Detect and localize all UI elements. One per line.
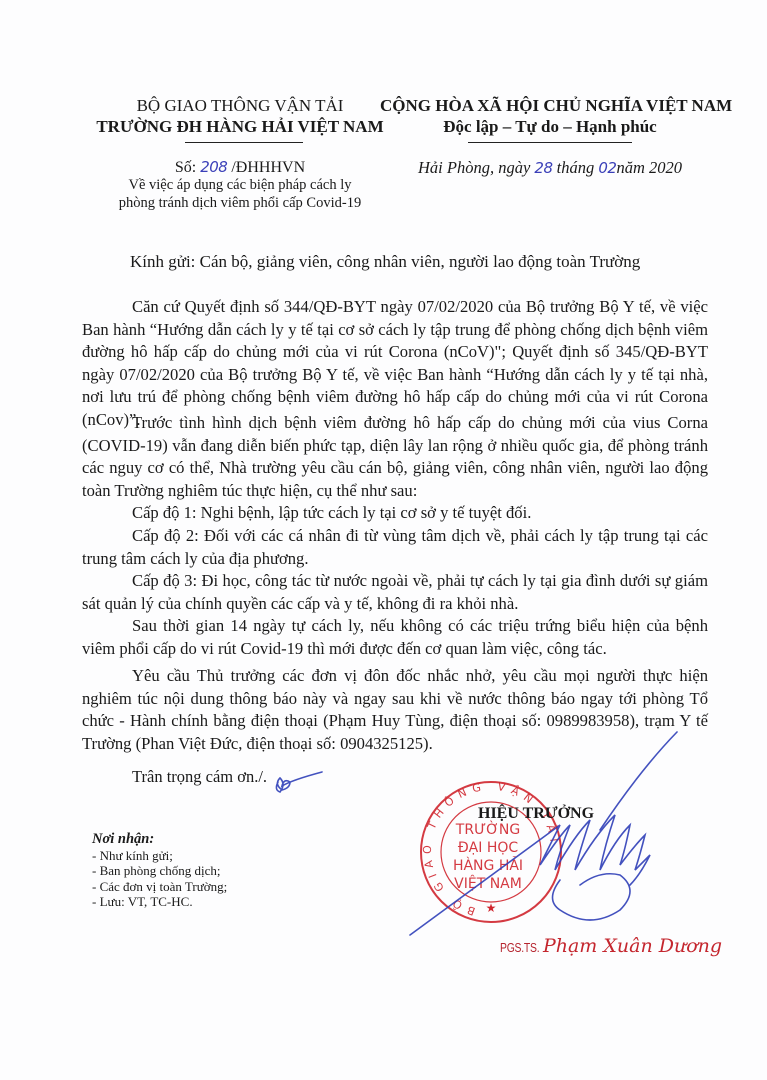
ministry-name: BỘ GIAO THÔNG VẬN TẢI: [95, 95, 385, 116]
document-subject: Về việc áp dụng các biện pháp cách ly ph…: [95, 176, 385, 212]
recipient-item: - Ban phòng chống dịch;: [92, 863, 227, 879]
handwritten-number: 208: [200, 158, 227, 176]
handwritten-day: 28: [534, 159, 552, 177]
measures-section: Trước tình hình dịch bệnh viêm đường hô …: [82, 412, 708, 661]
document-number: Số: 208 /ĐHHHVN: [95, 158, 385, 177]
issuer-underline: [185, 142, 303, 143]
svg-text:ĐẠI HỌC: ĐẠI HỌC: [458, 840, 519, 856]
svg-text:HÀNG HẢI: HÀNG HẢI: [453, 856, 523, 874]
university-name: TRƯỜNG ĐH HÀNG HẢI VIỆT NAM: [95, 116, 385, 137]
nation-name: CỘNG HÒA XÃ HỘI CHỦ NGHĨA VIỆT NAM: [380, 95, 720, 116]
motto-underline: [468, 142, 632, 143]
request-paragraph: Yêu cầu Thủ trưởng các đơn vị đôn đốc nh…: [82, 665, 708, 755]
recipient-item: - Lưu: VT, TC-HC.: [92, 894, 227, 910]
signer-name-block: PGS.TS. Phạm Xuân Dương: [500, 935, 722, 957]
svg-text:BỘ GIAO THÔNG VẬN TẢI: BỘ GIAO THÔNG VẬN TẢI: [421, 780, 561, 918]
svg-text:★: ★: [486, 901, 497, 915]
recipients-title: Nơi nhận:: [92, 832, 227, 848]
issuer-block: BỘ GIAO THÔNG VẬN TẢI TRƯỜNG ĐH HÀNG HẢI…: [95, 95, 385, 137]
level-2: Cấp độ 2: Đối với các cá nhân đi từ vùng…: [82, 525, 708, 570]
recipient-item: - Các đơn vị toàn Trường;: [92, 879, 227, 895]
recipients-block: Nơi nhận: - Như kính gửi; - Ban phòng ch…: [92, 832, 227, 910]
signer-degree: PGS.TS.: [500, 940, 539, 955]
national-motto: Độc lập – Tự do – Hạnh phúc: [380, 116, 720, 137]
addressee-line: Kính gửi: Cán bộ, giảng viên, công nhân …: [130, 252, 640, 272]
document-page: BỘ GIAO THÔNG VẬN TẢI TRƯỜNG ĐH HÀNG HẢI…: [0, 0, 767, 1080]
level-3: Cấp độ 3: Đi học, công tác từ nước ngoài…: [82, 570, 708, 615]
recipient-item: - Như kính gửi;: [92, 848, 227, 864]
quarantine-end-paragraph: Sau thời gian 14 ngày tự cách ly, nếu kh…: [82, 615, 708, 660]
closing-line: Trân trọng cám ơn./.: [132, 767, 267, 787]
handwritten-month: 02: [598, 159, 616, 177]
level-1: Cấp độ 1: Nghi bệnh, lập tức cách ly tại…: [82, 502, 708, 525]
signer-position: HIỆU TRƯỞNG: [478, 805, 594, 823]
situation-paragraph: Trước tình hình dịch bệnh viêm đường hô …: [82, 412, 708, 502]
svg-text:VIỆT NAM: VIỆT NAM: [454, 874, 522, 892]
signer-name: Phạm Xuân Dương: [543, 935, 722, 957]
national-title-block: CỘNG HÒA XÃ HỘI CHỦ NGHĨA VIỆT NAM Độc l…: [380, 95, 720, 137]
document-date: Hải Phòng, ngày 28 tháng 02năm 2020: [380, 158, 720, 178]
